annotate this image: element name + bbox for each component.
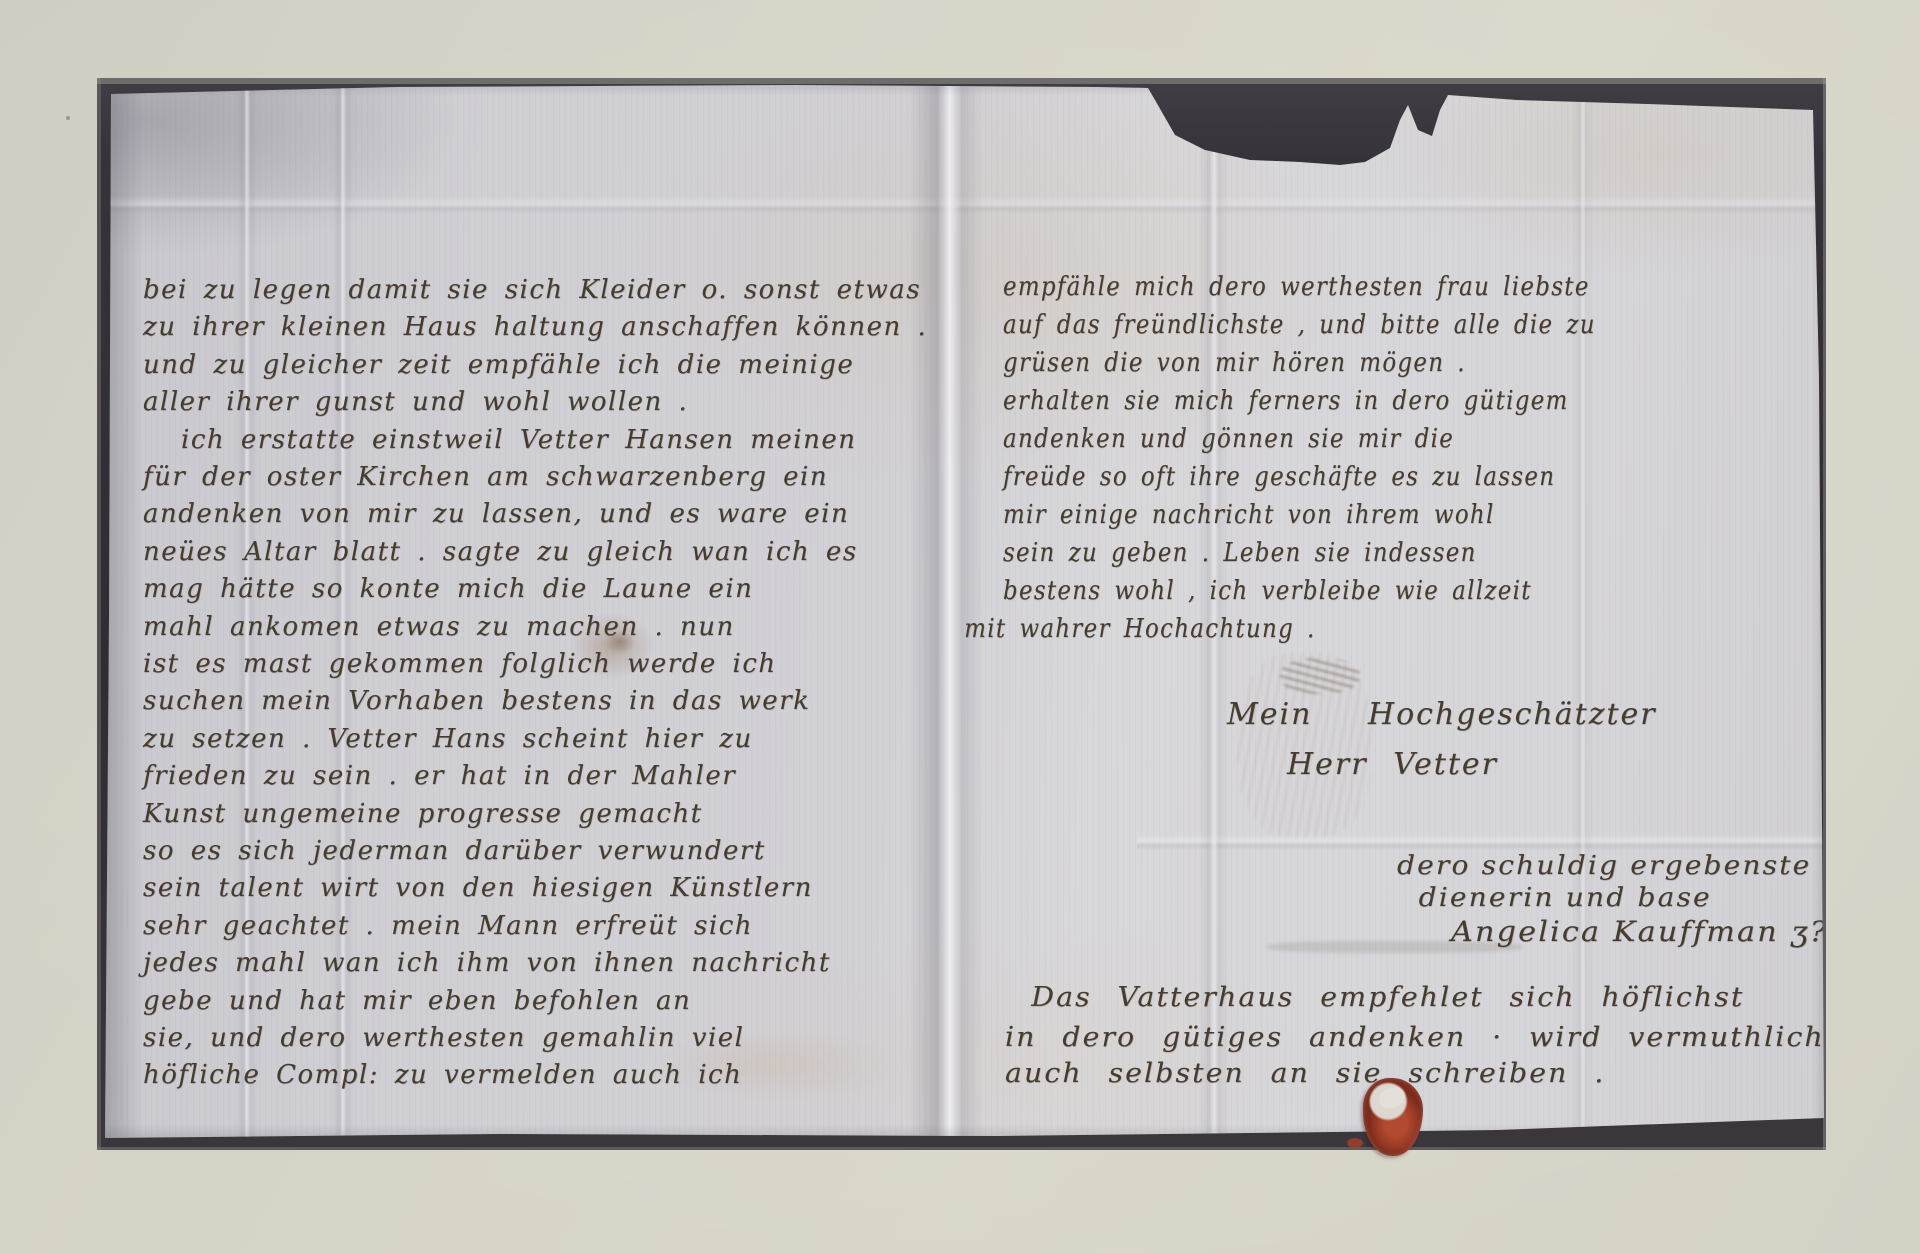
handwriting-line: gebe und hat mir eben befohlen an [143,986,691,1016]
handwriting-line: zu ihrer kleinen Haus haltung anschaffen… [143,312,927,342]
handwriting-line: mahl ankomen etwas zu machen . nun [143,612,735,642]
handwriting-line: frieden zu sein . er hat in der Mahler [143,761,736,791]
paper-edge-shadow-top [97,78,1826,96]
handwriting-line: empfähle mich dero werthesten frau liebs… [1003,272,1590,302]
handwriting-line: jedes mahl wan ich ihm von ihnen nachric… [143,948,831,978]
handwriting-line: aller ihrer gunst und wohl wollen . [143,387,688,417]
paper-edge-shadow-bottom [97,1124,1826,1150]
paper-edge-shadow-left [97,78,143,1150]
closing-line: Herr Vetter [1287,747,1498,782]
letter-paper: bei zu legen damit sie sich Kleider o. s… [97,78,1826,1150]
postscript-line: in dero gütiges andenken · wird vermuthl… [1005,1022,1825,1053]
signature-line: dero schuldig ergebenste [1397,851,1811,881]
handwriting-line: grüsen die von mir hören mögen . [1003,348,1466,378]
handwriting-line: bestens wohl , ich verbleibe wie allzeit [1003,576,1532,606]
handwriting-line: sie, und dero werthesten gemahlin viel [143,1023,744,1053]
handwriting-line: mir einige nachricht von ihrem wohl [1003,500,1495,530]
handwriting-line: suchen mein Vorhaben bestens in das werk [143,686,810,716]
signature-line: dienerin und base [1419,883,1712,913]
handwriting-line: sein zu geben . Leben sie indessen [1003,538,1477,568]
handwriting-line: ich erstatte einstweil Vetter Hansen mei… [181,425,856,455]
mat-speck [66,116,70,120]
handwriting-line: zu setzen . Vetter Hans scheint hier zu [143,724,753,754]
paper-edge-shadow-right [1812,78,1826,1150]
paper-tear [1148,78,1448,168]
handwriting-line: mag hätte so konte mich die Laune ein [143,574,753,604]
postscript-line: auch selbsten an sie schreiben . [1005,1058,1605,1089]
mat-window-dark-backing: bei zu legen damit sie sich Kleider o. s… [97,78,1826,1150]
handwriting-line: ist es mast gekommen folglich werde ich [143,649,777,679]
handwriting-line: auf das freündlichste , und bitte alle d… [1003,310,1596,340]
signature-angelica-kauffman: Angelica Kauffman ʒ? [1451,915,1828,948]
handwriting-line: so es sich jederman darüber verwundert [143,836,766,866]
handwriting-line: andenken und gönnen sie mir die [1003,424,1454,454]
wax-seal-splatter [1347,1138,1363,1148]
handwriting-line: für der oster Kirchen am schwarzenberg e… [143,462,828,492]
handwriting-line: höfliche Compl: zu vermelden auch ich [143,1060,742,1090]
ink-smudge-marks [1280,658,1360,694]
closing-line: Mein Hochgeschätzter [1227,697,1657,732]
postscript-line: Das Vatterhaus empfehlet sich höflichst [1031,982,1744,1013]
horizontal-crease-right-page [1137,834,1826,850]
handwriting-line: bei zu legen damit sie sich Kleider o. s… [143,275,921,305]
handwriting-line: sehr geachtet . mein Mann erfreüt sich [143,911,753,941]
handwriting-line: sein talent wirt von den hiesigen Künstl… [143,873,813,903]
handwriting-line: freüde so oft ihre geschäfte es zu lasse… [1003,462,1555,492]
handwriting-line: neües Altar blatt . sagte zu gleich wan … [143,537,858,567]
handwriting-line: Kunst ungemeine progresse gemacht [143,799,703,829]
handwriting-line: und zu gleicher zeit empfähle ich die me… [143,350,854,380]
handwriting-line: andenken von mir zu lassen, und es ware … [143,499,849,529]
handwriting-line: mit wahrer Hochachtung . [964,614,1315,644]
handwriting-line: erhalten sie mich ferners in dero gütige… [1003,386,1569,416]
